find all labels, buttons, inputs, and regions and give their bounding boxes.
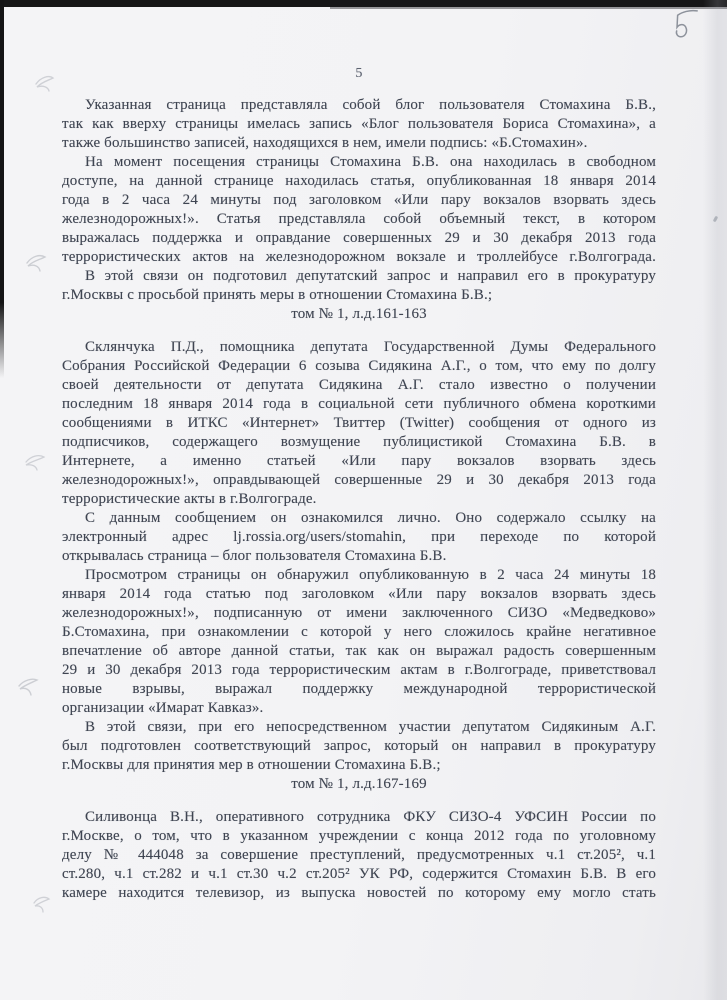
crumple-mark — [32, 72, 58, 100]
crumple-mark — [30, 892, 54, 920]
text-line: террористические акты в г.Волгограде. — [62, 490, 656, 509]
text-line: Просмотром страницы он обнаружил опублик… — [62, 566, 656, 585]
text-line: так как вверху страницы имелась запись «… — [62, 115, 656, 134]
text-line: г.Москвы с просьбой принять меры в отнош… — [62, 286, 656, 305]
text-line: новые взрывы, выражал поддержку междунар… — [62, 680, 656, 699]
text-line: открывалась страница – блог пользователя… — [62, 547, 656, 566]
text-line: доступе, на данной странице находилась с… — [62, 172, 656, 191]
text-line: г.Москве, о том, что в указанном учрежде… — [62, 827, 656, 846]
text-line: Собрания Российской Федерации 6 созыва С… — [62, 357, 656, 376]
text-line: года в 2 часа 24 минуты под заголовком «… — [62, 191, 656, 210]
text-line: Интернете, а именно статьей «Или пару во… — [62, 452, 656, 471]
text-line: На момент посещения страницы Стомахина Б… — [62, 153, 656, 172]
paragraph: В этой связи, при его непосредственном у… — [62, 718, 656, 775]
text-line: Склянчука П.Д., помощника депутата Госуд… — [62, 338, 656, 357]
text-line: В этой связи он подготовил депутатский з… — [62, 267, 656, 286]
text-line: впечатление об авторе данной статьи, так… — [62, 642, 656, 661]
paragraph: Просмотром страницы он обнаружил опублик… — [62, 566, 656, 718]
text-line: электронный адрес lj.rossia.org/users/st… — [62, 528, 656, 547]
text-line: железнодорожных!», оправдывающей соверше… — [62, 471, 656, 490]
paragraph: В этой связи он подготовил депутатский з… — [62, 267, 656, 305]
volume-reference: том № 1, л.д.167-169 — [62, 775, 656, 794]
text-line: Указанная страница представляла собой бл… — [62, 96, 656, 115]
text-line: был подготовлен соответствующий запрос, … — [62, 737, 656, 756]
text-line: террористических актов на железнодорожно… — [62, 248, 656, 267]
text-line: железнодорожных!». Статья представляла с… — [62, 210, 656, 229]
paragraph: На момент посещения страницы Стомахина Б… — [62, 153, 656, 267]
volume-reference: том № 1, л.д.161-163 — [62, 305, 656, 324]
text-line: делу № 444048 за совершение преступлений… — [62, 846, 656, 865]
scan-edge-left — [0, 0, 4, 378]
text-line: том № 1, л.д.167-169 — [62, 775, 656, 794]
scanned-document-page: 5 Указанная страница представляла собой … — [0, 0, 727, 1000]
crumple-mark — [22, 450, 48, 478]
text-line: г.Москвы для принятия мер в отношении Ст… — [62, 756, 656, 775]
text-line: Б.Стомахина, при ознакомлении с которой … — [62, 623, 656, 642]
text-line: выражалась поддержка и оправдание соверш… — [62, 229, 656, 248]
crumple-mark — [16, 674, 42, 702]
text-line: сообщениями в ИТКС «Интернет» Твиттер (T… — [62, 414, 656, 433]
text-line: организации «Имарат Кавказ». — [62, 699, 656, 718]
text-line: ст.280, ч.1 ст.282 и ч.1 ст.30 ч.2 ст.20… — [62, 865, 656, 884]
text-line: 29 и 30 декабря 2013 года террористическ… — [62, 661, 656, 680]
text-line: С данным сообщением он ознакомился лично… — [62, 509, 656, 528]
text-line: последним 18 января 2014 года в социальн… — [62, 395, 656, 414]
text-line: также большинство записей, находящихся в… — [62, 134, 656, 153]
scan-edge-top — [0, 0, 727, 7]
text-line: камере находится телевизор, из выпуска н… — [62, 884, 656, 903]
handwritten-page-number-mark — [666, 6, 706, 42]
text-line: января 2014 года статью под заголовком «… — [62, 585, 656, 604]
text-line: подписчиков, содержащего возмущение публ… — [62, 433, 656, 452]
text-line: своей деятельности от депутата Сидякина … — [62, 376, 656, 395]
document-text: 5 Указанная страница представляла собой … — [62, 64, 656, 903]
text-line: том № 1, л.д.161-163 — [62, 305, 656, 324]
page-number: 5 — [62, 64, 656, 83]
text-line: Силивонца В.Н., оперативного сотрудника … — [62, 808, 656, 827]
paragraph: Силивонца В.Н., оперативного сотрудника … — [62, 808, 656, 903]
text-line: В этой связи, при его непосредственном у… — [62, 718, 656, 737]
paragraph: Склянчука П.Д., помощника депутата Госуд… — [62, 338, 656, 509]
paper-edge-shadow — [703, 0, 727, 1000]
crumple-mark — [24, 250, 50, 278]
paragraph: Указанная страница представляла собой бл… — [62, 96, 656, 153]
text-line: железнодорожных!», подписанную от имени … — [62, 604, 656, 623]
paragraph: С данным сообщением он ознакомился лично… — [62, 509, 656, 566]
